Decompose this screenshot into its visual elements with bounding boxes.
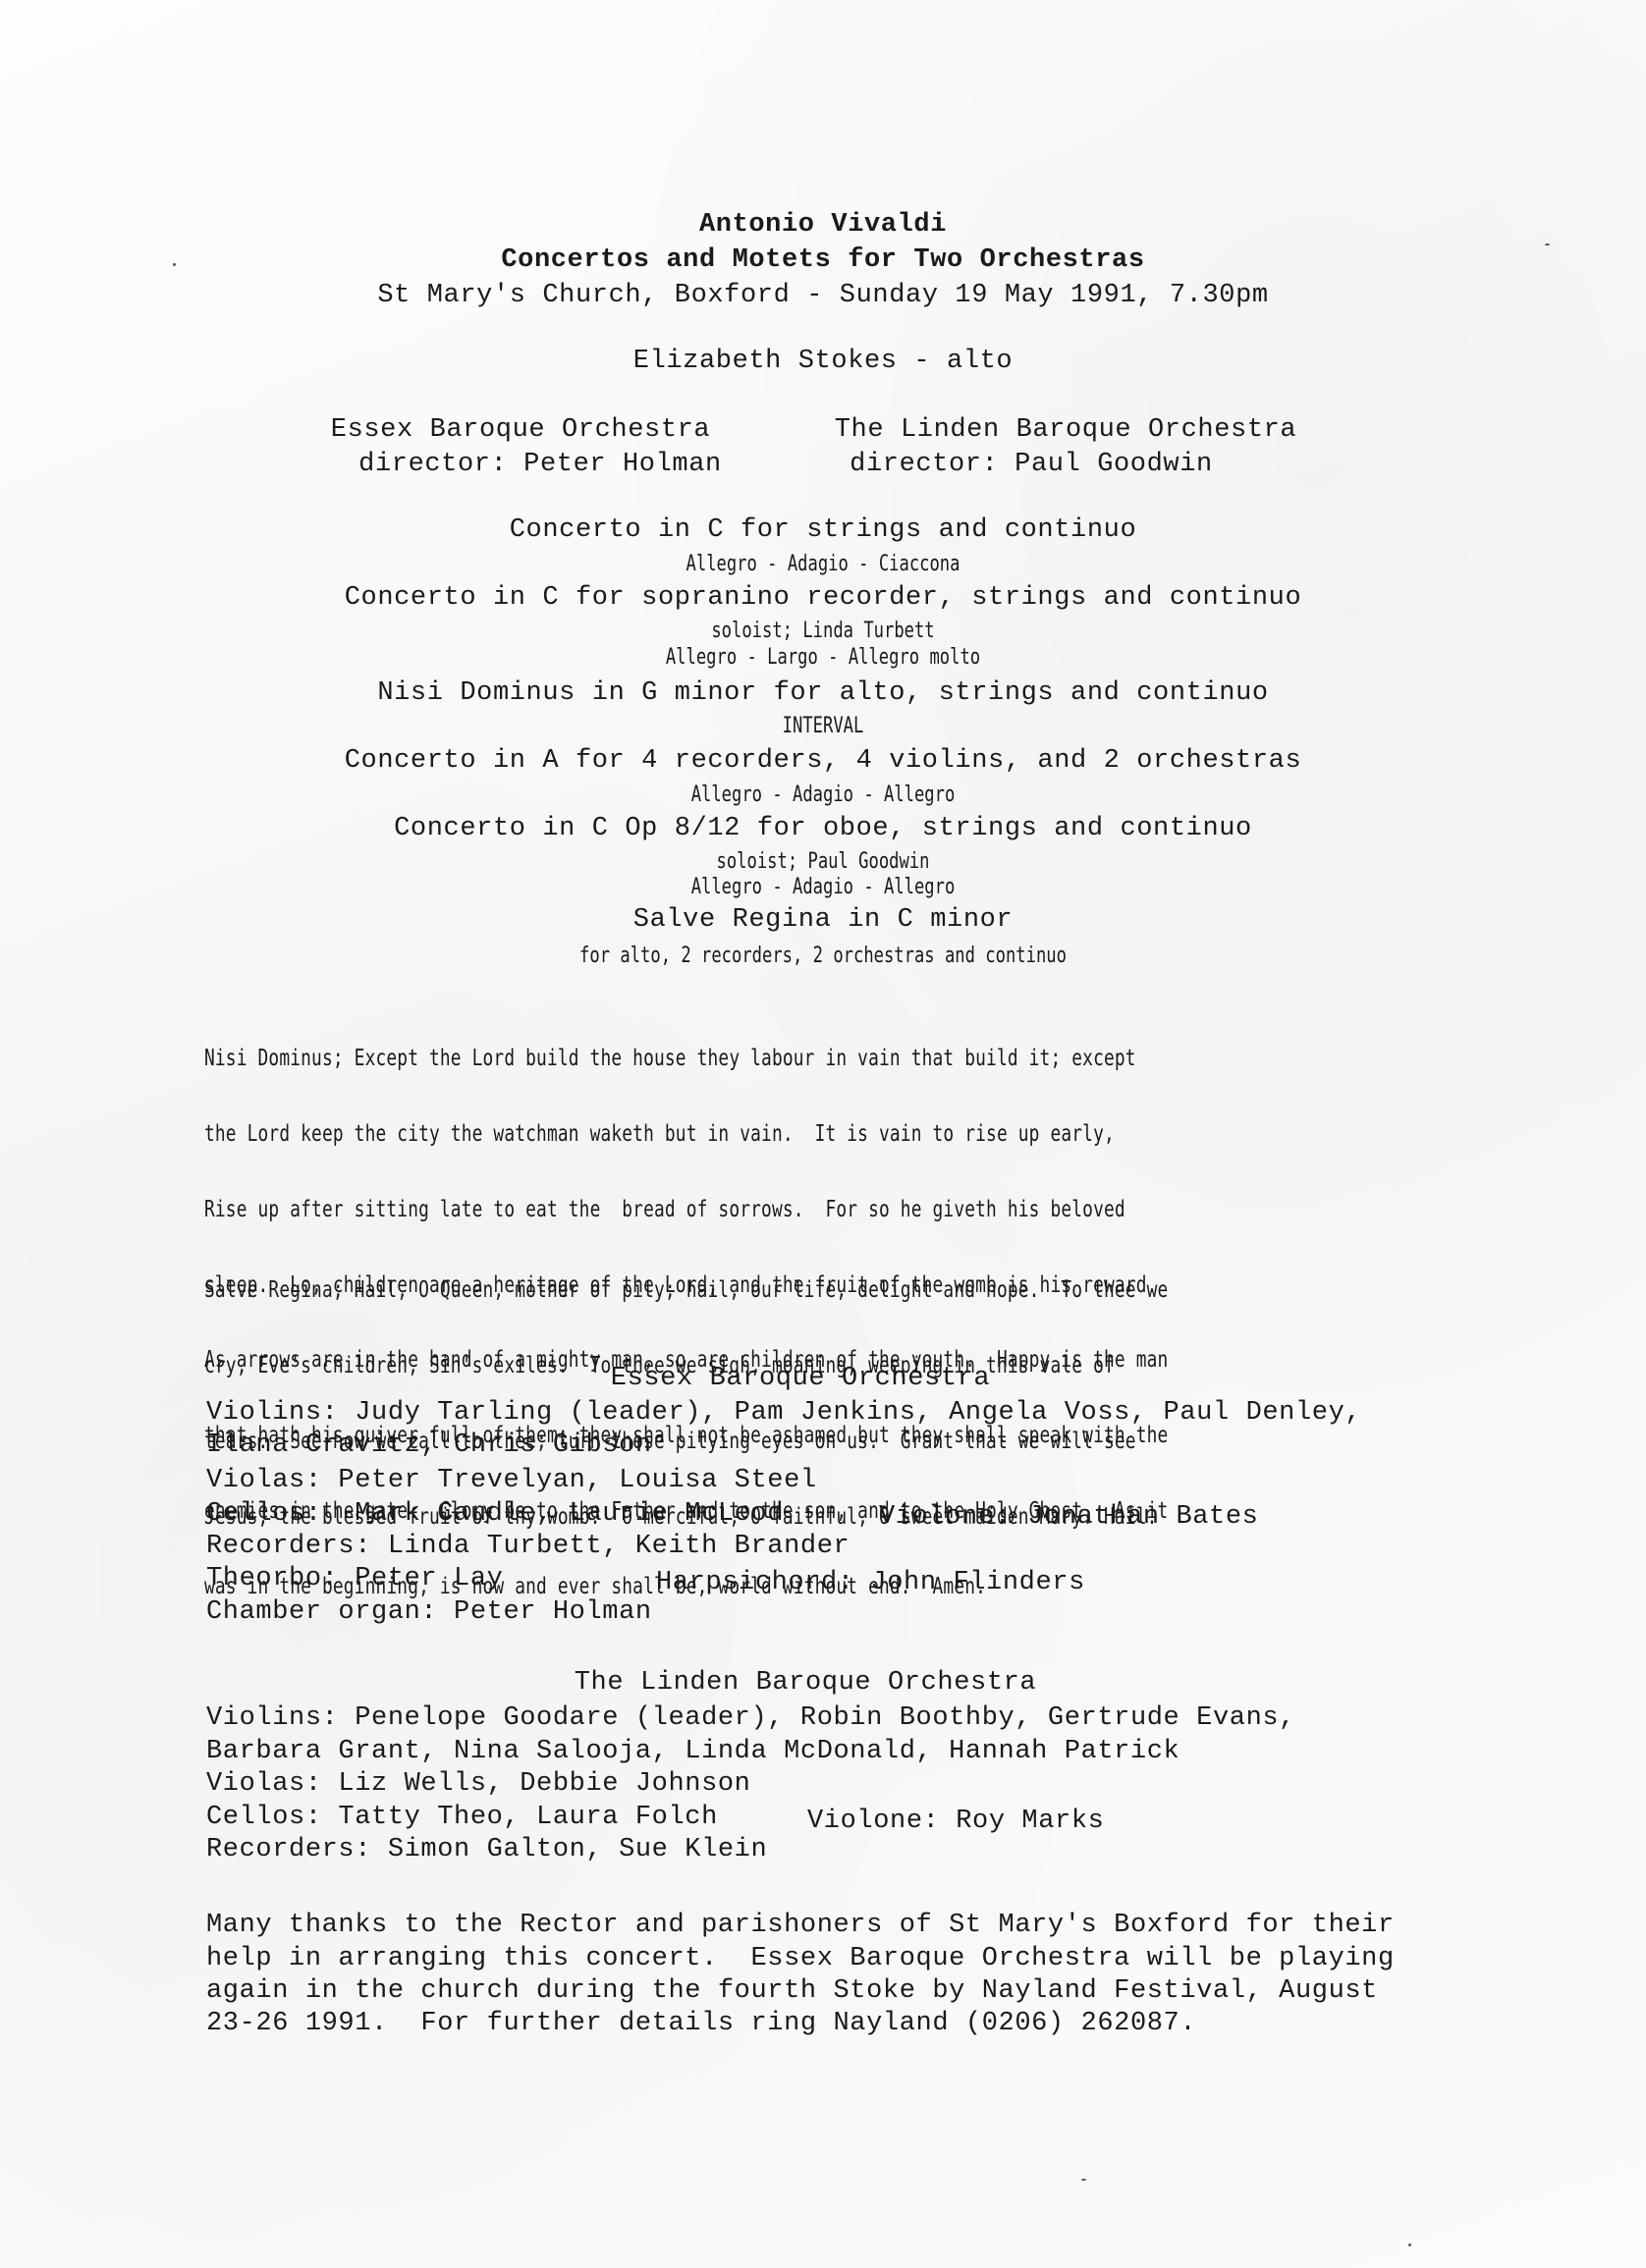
text-line: Salve Regina; Hail, O Queen, mother of p… [204,1277,1175,1303]
text-line: Nisi Dominus; Except the Lord build the … [204,1046,1175,1071]
text-line: Rise up after sitting late to eat the br… [204,1197,1175,1222]
orchestra-1-name: Essex Baroque Orchestra [324,415,717,445]
orchestra-2-director: director: Paul Goodwin [825,450,1237,479]
programme-work: Salve Regina in C minor [0,905,1646,935]
orchestra-2-name: The Linden Baroque Orchestra [825,415,1306,445]
programme-scoring: for alto, 2 recorders, 2 orchestras and … [181,944,1464,968]
thanks-line: help in arranging this concert. Essex Ba… [206,1944,1395,1973]
thanks-line: 23-26 1991. For further details ring Nay… [206,2009,1196,2038]
paper-speck [1545,243,1550,245]
orchestra-1-director: director: Peter Holman [324,450,756,479]
interval-label: INTERVAL [181,714,1464,738]
personnel-line: Ilana Cravitz, Chris Gibson [206,1431,652,1460]
thanks-line: again in the church during the fourth St… [206,1976,1378,2006]
programme-work: Concerto in C Op 8/12 for oboe, strings … [0,814,1646,843]
paper-speck [173,263,176,266]
programme-movements: Allegro - Adagio - Allegro [181,783,1464,807]
linden-personnel-heading: The Linden Baroque Orchestra [560,1668,1051,1698]
programme-soloist: soloist; Paul Goodwin [181,849,1464,874]
concert-programme-page: Antonio Vivaldi Concertos and Motets for… [0,0,1646,2268]
programme-work: Nisi Dominus in G minor for alto, string… [0,678,1646,708]
text-line: the Lord keep the city the watchman wake… [204,1121,1175,1147]
personnel-line: Recorders: Simon Galton, Sue Klein [206,1835,767,1864]
concert-title: Concertos and Motets for Two Orchestras [0,245,1646,275]
personnel-violone: Violone: Roy Marks [807,1807,1104,1836]
personnel-violone: Violone: Jonathan Bates [879,1502,1258,1532]
composer-heading: Antonio Vivaldi [0,210,1646,240]
programme-movements: Allegro - Adagio - Ciaccona [181,552,1464,576]
soloist-line: Elizabeth Stokes - alto [0,347,1646,376]
essex-personnel-heading: Essex Baroque Orchestra [599,1364,1002,1393]
programme-work: Concerto in C for sopranino recorder, st… [0,583,1646,613]
paper-speck [1408,2243,1411,2246]
personnel-line: Violins: Penelope Goodare (leader), Robi… [206,1703,1295,1733]
programme-soloist: soloist; Linda Turbett [181,619,1464,643]
programme-movements: Allegro - Adagio - Allegro [181,875,1464,899]
personnel-line: Violas: Liz Wells, Debbie Johnson [206,1769,751,1799]
personnel-line: Chamber organ: Peter Holman [206,1597,652,1627]
paper-speck [1081,2179,1086,2181]
personnel-line: Recorders: Linda Turbett, Keith Brander [206,1532,850,1561]
personnel-line: Barbara Grant, Nina Salooja, Linda McDon… [206,1737,1180,1766]
thanks-line: Many thanks to the Rector and parishoner… [206,1911,1395,1940]
programme-work: Concerto in A for 4 recorders, 4 violins… [0,746,1646,776]
programme-work: Concerto in C for strings and continuo [0,515,1646,545]
personnel-harpsichord: Harpsichord: John Flinders [656,1568,1085,1597]
personnel-line: Cellos: Tatty Theo, Laura Folch [206,1803,718,1832]
personnel-line: Cellos: Mark Caudle, Laurie McLeod [206,1499,784,1529]
programme-movements: Allegro - Largo - Allegro molto [181,645,1464,670]
personnel-line: Violas: Peter Trevelyan, Louisa Steel [206,1466,817,1495]
personnel-line: Violins: Judy Tarling (leader), Pam Jenk… [206,1398,1361,1428]
personnel-line: Theorbo: Peter Lay [206,1564,503,1593]
venue-date: St Mary's Church, Boxford - Sunday 19 Ma… [0,281,1646,310]
